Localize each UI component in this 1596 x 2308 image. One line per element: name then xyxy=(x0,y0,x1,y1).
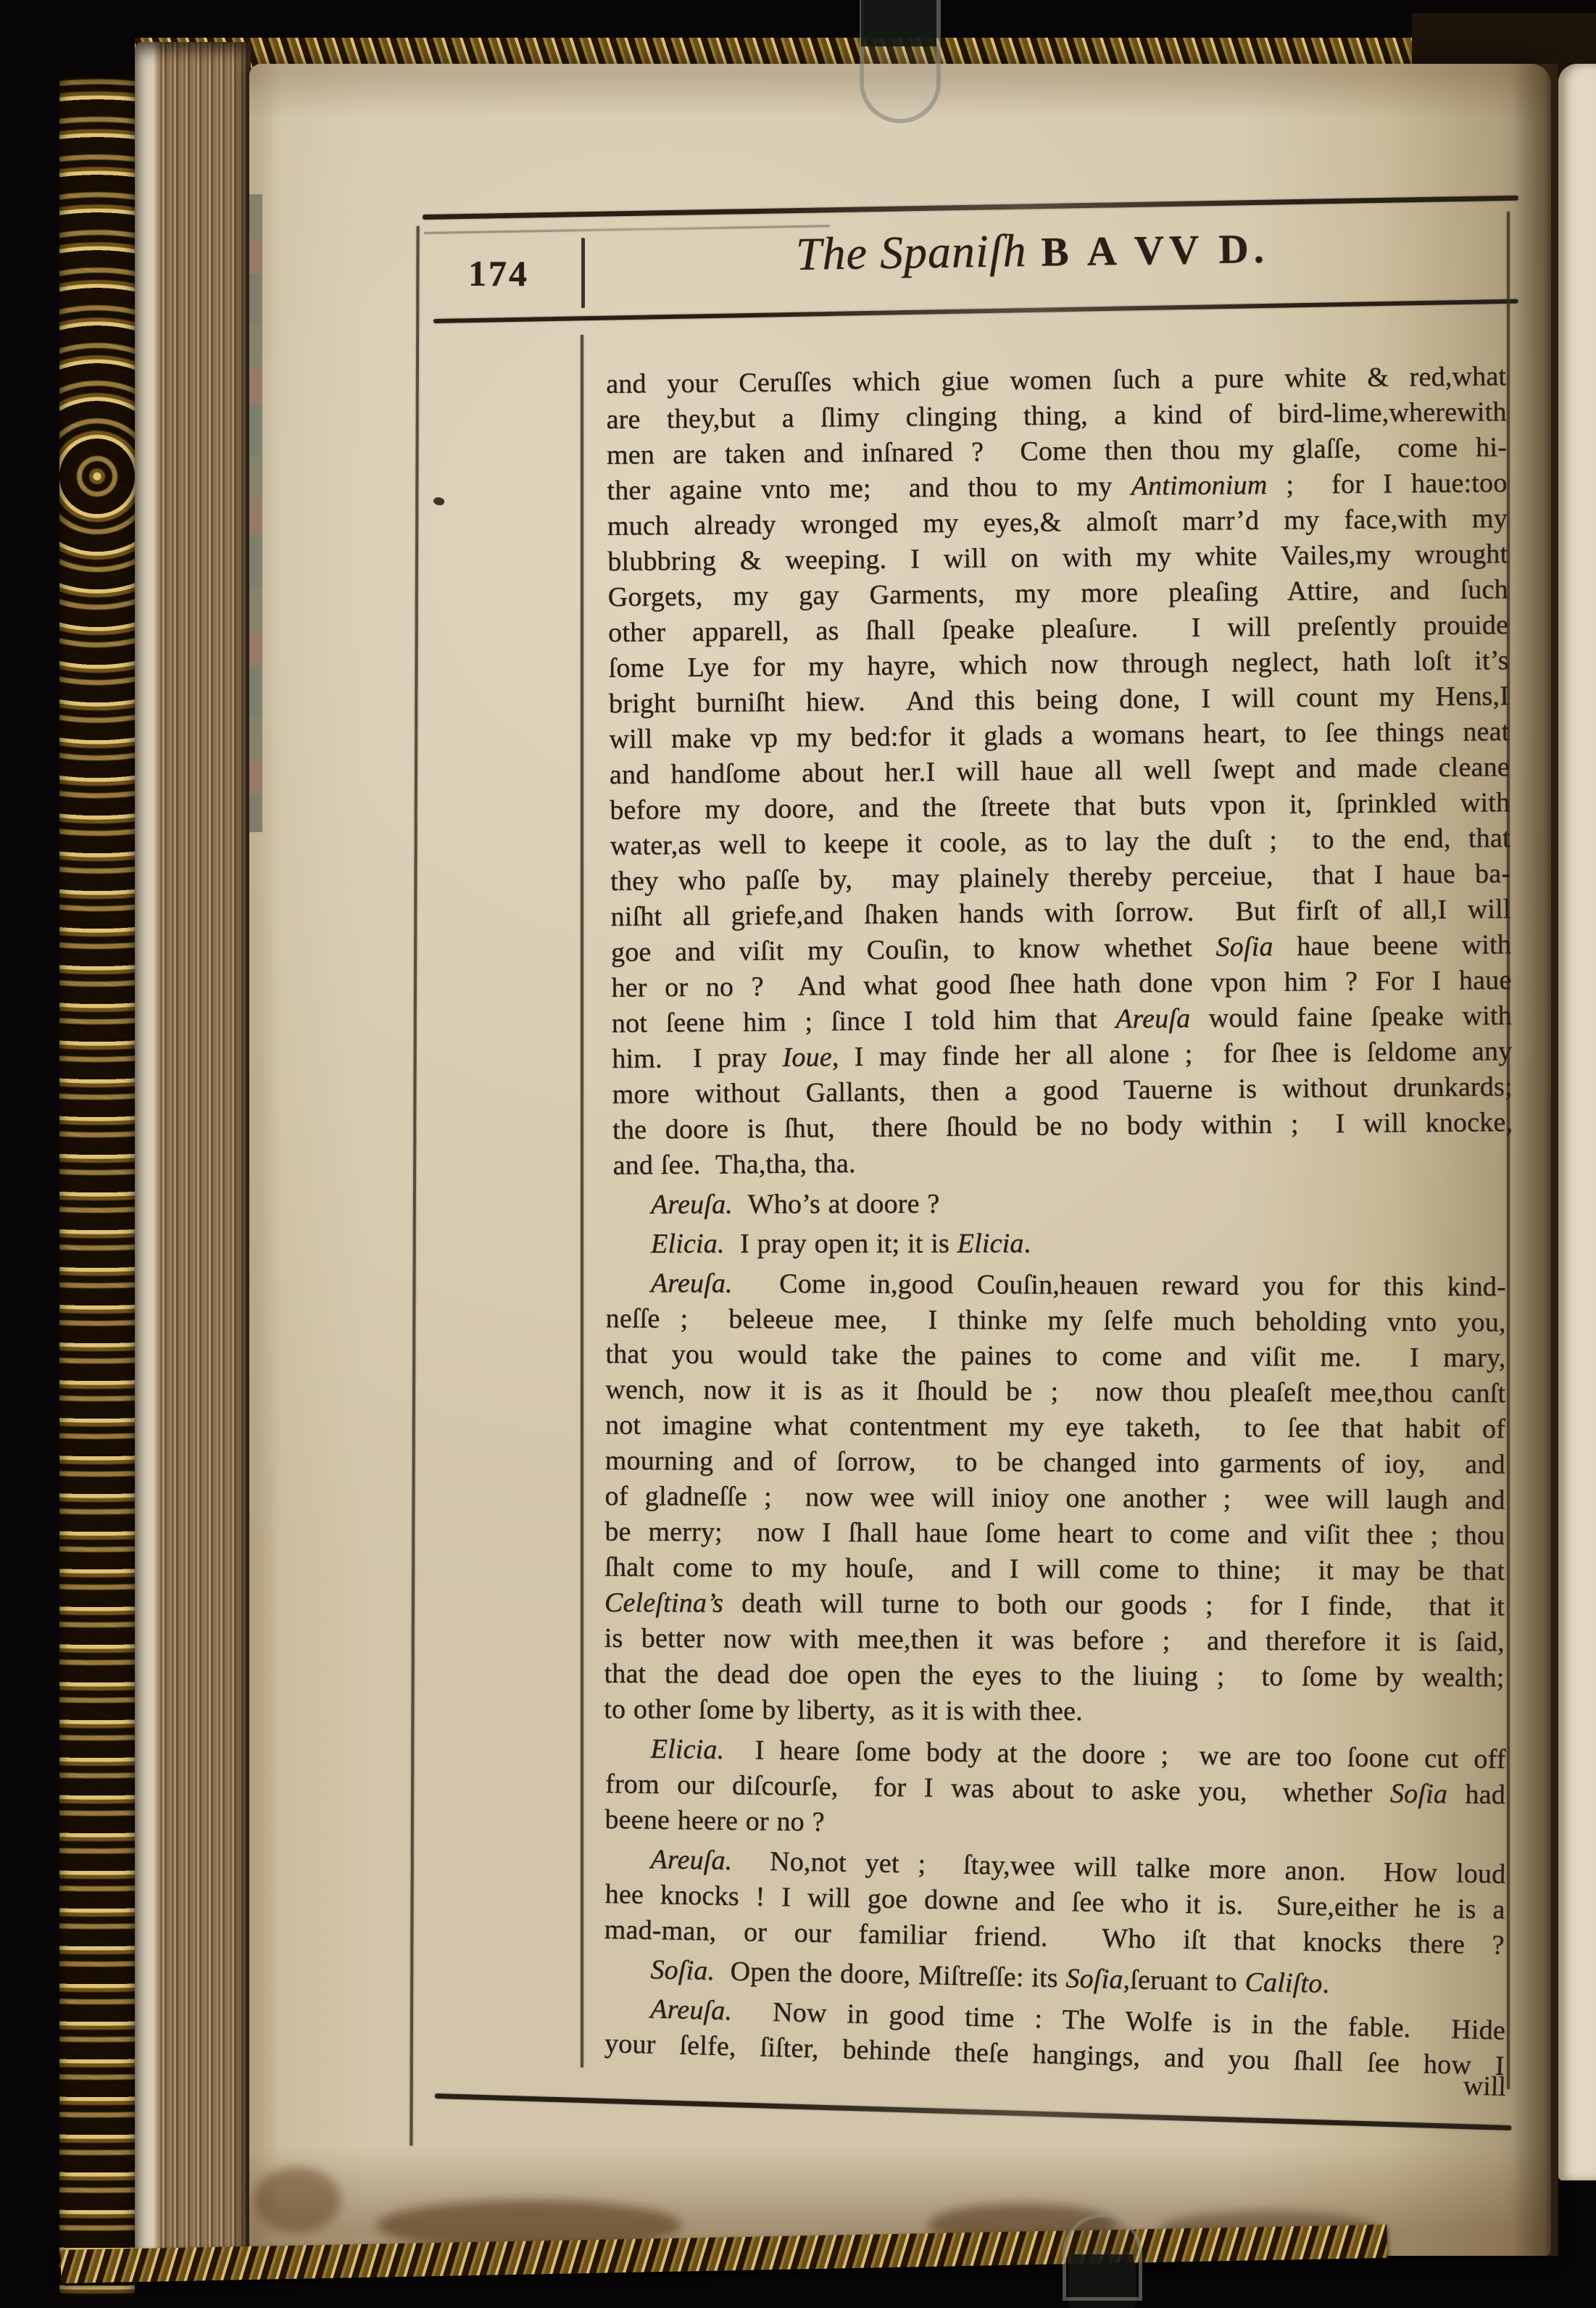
strap-dark-band xyxy=(861,0,936,46)
burn-mark xyxy=(254,2167,341,2233)
text-line: mourning and of ſorrow, to be changed in… xyxy=(605,1443,1505,1482)
text-line: Areuſa. Who’s at doore ? xyxy=(606,1185,1506,1223)
paragraph: and your Ceruſſes which giue women ſuch … xyxy=(606,359,1513,1184)
page-holder-strap-top xyxy=(860,0,941,128)
page-edges-stack xyxy=(135,42,251,2276)
strap-arch xyxy=(1063,2214,1142,2301)
page-number: 174 xyxy=(468,252,529,294)
catchword: will xyxy=(1346,2067,1506,2103)
text-line: neſſe ; beleeue mee, I thinke my ſelfe m… xyxy=(606,1301,1506,1340)
text-line: Celeſtina’s death will turne to both our… xyxy=(604,1585,1505,1624)
paragraph: Areuſa. No,not yet ; ſtay,wee will talke… xyxy=(604,1841,1505,1964)
text-line: wench, now it is as it ſhould be ; now t… xyxy=(605,1372,1505,1411)
body-text: and your Ceruſſes which giue women ſuch … xyxy=(606,367,1506,2062)
book-scan: 174 The SpaniſhB A VV D. and your Ceruſſ… xyxy=(0,0,1596,2308)
text-line: be merry; now I ſhall haue ſome heart to… xyxy=(604,1514,1505,1553)
text-line: of gladneſſe ; now wee will inioy one an… xyxy=(605,1479,1505,1518)
paragraph: Elicia. I heare ſome body at the doore ;… xyxy=(604,1731,1506,1848)
text-line: Areuſa. Come in,good Couſin,heauen rewar… xyxy=(606,1266,1506,1305)
text-line: is better now with mee,then it was befor… xyxy=(604,1621,1505,1660)
gutter-shadow xyxy=(1512,64,1558,2256)
text-line: to other ſome by liberty, as it is with … xyxy=(604,1692,1504,1731)
facing-page-sliver xyxy=(1558,64,1596,2180)
page-holder-strap-bottom xyxy=(1063,2214,1142,2308)
text-line: Elicia. I pray open it; it is Elicia. xyxy=(606,1226,1506,1262)
running-title-caps: B A VV D. xyxy=(1041,226,1269,275)
text-rule-left xyxy=(581,335,583,2067)
leaf-colored-edge xyxy=(249,194,262,832)
running-title: The SpaniſhB A VV D. xyxy=(795,220,1269,281)
text-line: not imagine what contentment my eye take… xyxy=(605,1408,1505,1447)
text-line: that the dead doe open the eyes to the l… xyxy=(604,1656,1504,1695)
text-line: and ſee. Tha,tha, tha. xyxy=(612,1140,1513,1184)
binding-gilt-left-edge xyxy=(59,77,135,2296)
text-line: that you would take the paines to come a… xyxy=(605,1337,1505,1376)
header-divider-bar xyxy=(581,238,585,308)
paragraph: Areuſa. Come in,good Couſin,heauen rewar… xyxy=(604,1266,1506,1731)
paragraph: Areuſa. Who’s at doore ? xyxy=(606,1185,1506,1223)
paragraph: Elicia. I pray open it; it is Elicia. xyxy=(606,1226,1506,1262)
text-line: ſhalt come to my houſe, and I will come … xyxy=(604,1550,1505,1589)
running-title-italic: The Spaniſh xyxy=(795,225,1027,280)
